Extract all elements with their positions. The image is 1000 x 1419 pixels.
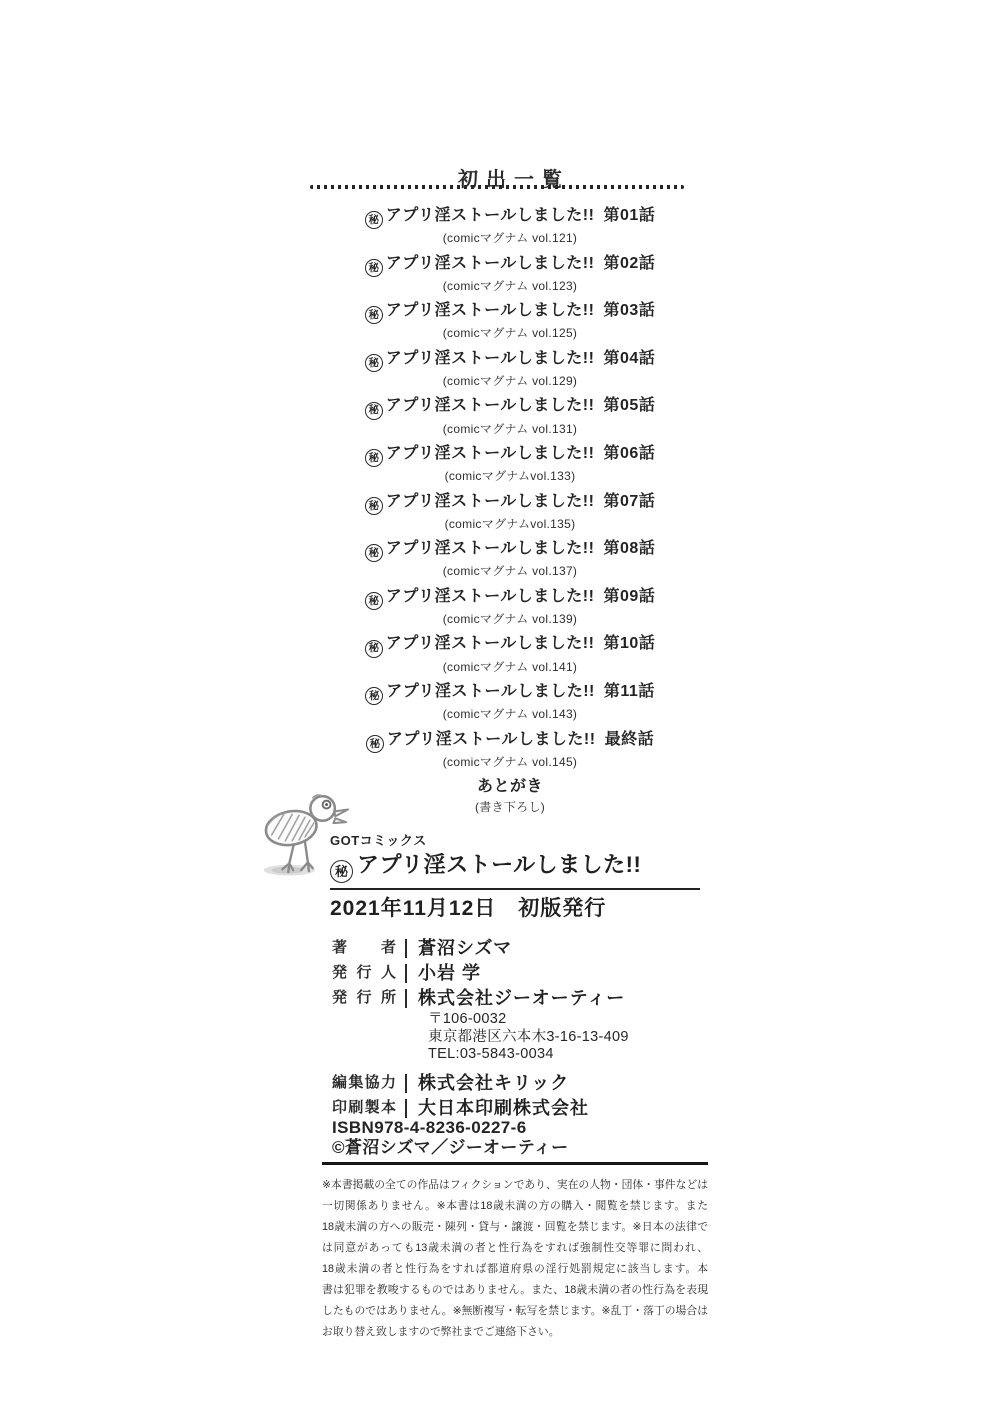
legal-line: 18歳未満の者と性行為をすれば都道府県の淫行処罰規定に該当します。本 [322,1259,708,1280]
legal-line: 18歳未満の方への販売・陳列・貸与・譲渡・回覧を禁じます。※日本の法律で [322,1217,708,1238]
chapter-list: 秘アプリ淫ストールしました!!第01話 (comicマグナム vol.121) … [10,205,1000,826]
chapter-title: 秘アプリ淫ストールしました!!第01話 [10,205,1000,229]
edition-date: 2021年11月12日 初版発行 [330,897,700,921]
chapter-source: (comicマグナム vol.125) [10,325,1000,341]
list-item: 秘アプリ淫ストールしました!!第07話 (comicマグナムvol.135) [10,491,1000,539]
legal-divider [322,1162,708,1165]
chapter-title: 秘アプリ淫ストールしました!!第06話 [10,443,1000,467]
legal-line: ※本書掲載の全ての作品はフィクションであり、実在の人物・団体・事件などは [322,1175,708,1196]
chapter-title: 秘アプリ淫ストールしました!!最終話 [10,729,1000,753]
chapter-episode: 第03話 [603,302,655,319]
table-row: 編集協力 株式会社キリック [332,1073,629,1093]
secret-mark-icon: 秘 [365,687,383,705]
phone-line: TEL:03-5843-0034 [428,1046,629,1064]
chapter-episode: 最終話 [605,731,655,748]
chapter-title: 秘アプリ淫ストールしました!!第04話 [10,348,1000,372]
credit-value: 株式会社ジーオーティー [418,988,629,1008]
afterword-item: あとがき (書き下ろし) [10,776,1000,826]
book-title: 秘アプリ淫ストールしました!! [330,852,700,883]
table-row: 印刷製本 大日本印刷株式会社 [332,1098,629,1118]
colophon-page: 初出一覧 秘アプリ淫ストールしました!!第01話 (comicマグナム vol.… [0,0,1000,1419]
chapter-source: (comicマグナム vol.143) [10,706,1000,722]
chapter-source: (comicマグナム vol.129) [10,373,1000,389]
secret-mark-icon: 秘 [365,497,383,515]
chapter-title: 秘アプリ淫ストールしました!!第05話 [10,395,1000,419]
credit-value: 株式会社キリック [418,1073,569,1093]
column-divider [405,1099,407,1118]
chapter-episode: 第04話 [603,350,655,367]
address-line: 東京都港区六本木3-16-13-409 [428,1029,629,1047]
copyright-line: ©蒼沼シズマ／ジーオーティー [332,1138,569,1158]
chapter-episode: 第06話 [603,445,655,462]
credit-value: 小岩 学 [418,963,481,983]
credit-label: 発行所 [332,988,396,1008]
chapter-title: 秘アプリ淫ストールしました!!第10話 [10,633,1000,657]
table-row: 著者 蒼沼シズマ [332,938,629,958]
secret-mark-icon: 秘 [365,211,383,229]
column-divider [405,939,407,958]
afterword-title: あとがき [10,776,1000,798]
chapter-source: (comicマグナム vol.131) [10,421,1000,437]
chapter-episode: 第10話 [603,635,655,652]
list-item: 秘アプリ淫ストールしました!!第04話 (comicマグナム vol.129) [10,348,1000,396]
credit-label: 印刷製本 [332,1098,396,1118]
chapter-source: (comicマグナム vol.137) [10,563,1000,579]
chapter-title: 秘アプリ淫ストールしました!!第07話 [10,491,1000,515]
secret-mark-icon: 秘 [365,306,383,324]
secret-mark-icon: 秘 [366,735,384,753]
postal-code: 〒106-0032 [428,1011,629,1029]
list-item: 秘アプリ淫ストールしました!!第03話 (comicマグナム vol.125) [10,300,1000,348]
credit-value: 大日本印刷株式会社 [418,1098,589,1118]
list-item: 秘アプリ淫ストールしました!!最終話 (comicマグナム vol.145) [10,729,1000,777]
chapter-title: 秘アプリ淫ストールしました!!第02話 [10,253,1000,277]
chapter-episode: 第01話 [603,207,655,224]
chapter-source: (comicマグナムvol.133) [10,468,1000,484]
secret-mark-icon: 秘 [365,259,383,277]
column-divider [405,964,407,983]
secret-mark-icon: 秘 [330,860,353,883]
credit-label: 編集協力 [332,1073,396,1093]
chapter-source: (comicマグナム vol.123) [10,278,1000,294]
list-item: 秘アプリ淫ストールしました!!第05話 (comicマグナム vol.131) [10,395,1000,443]
legal-line: 一切関係ありません。※本書は18歳未満の方の購入・閲覧を禁じます。また [322,1196,708,1217]
afterword-note: (書き下ろし) [10,799,1000,815]
chapter-episode: 第09話 [603,588,655,605]
list-item: 秘アプリ淫ストールしました!!第09話 (comicマグナム vol.139) [10,586,1000,634]
chapter-source: (comicマグナム vol.121) [10,230,1000,246]
credit-label: 発行人 [332,963,396,983]
imprint-block: GOTコミックス 秘アプリ淫ストールしました!! 2021年11月12日 初版発… [330,833,700,921]
chapter-source: (comicマグナム vol.141) [10,659,1000,675]
list-item: 秘アプリ淫ストールしました!!第08話 (comicマグナム vol.137) [10,538,1000,586]
table-row: 発行人 小岩 学 [332,963,629,983]
chapter-episode: 第05話 [603,397,655,414]
chapter-source: (comicマグナム vol.145) [10,754,1000,770]
chapter-episode: 第07話 [603,493,655,510]
chapter-episode: 第02話 [603,255,655,272]
list-item: 秘アプリ淫ストールしました!!第01話 (comicマグナム vol.121) [10,205,1000,253]
credit-value: 蒼沼シズマ [418,938,512,958]
legal-line: お取り替え致しますので弊社までご連絡下さい。 [322,1322,708,1343]
series-label: GOTコミックス [330,833,700,849]
dotted-divider [310,185,684,189]
isbn-block: ISBN978-4-8236-0227-6 ©蒼沼シズマ／ジーオーティー [332,1118,569,1157]
chapter-title: 秘アプリ淫ストールしました!!第03話 [10,300,1000,324]
table-row: 発行所 株式会社ジーオーティー 〒106-0032 東京都港区六本木3-16-1… [332,988,629,1068]
list-item: 秘アプリ淫ストールしました!!第06話 (comicマグナムvol.133) [10,443,1000,491]
list-item: 秘アプリ淫ストールしました!!第11話 (comicマグナム vol.143) [10,681,1000,729]
secret-mark-icon: 秘 [365,449,383,467]
chapter-episode: 第08話 [603,540,655,557]
secret-mark-icon: 秘 [365,592,383,610]
chapter-title: 秘アプリ淫ストールしました!!第11話 [10,681,1000,705]
legal-line: 書は犯罪を教唆するものではありません。また、18歳未満の者の性行為を表現 [322,1280,708,1301]
legal-notice: ※本書掲載の全ての作品はフィクションであり、実在の人物・団体・事件などは 一切関… [322,1175,708,1343]
secret-mark-icon: 秘 [365,544,383,562]
legal-line: したものではありません。※無断複写・転写を禁じます。※乱丁・落丁の場合は [322,1301,708,1322]
secret-mark-icon: 秘 [365,640,383,658]
isbn-number: ISBN978-4-8236-0227-6 [332,1118,569,1138]
chapter-title: 秘アプリ淫ストールしました!!第08話 [10,538,1000,562]
chapter-source: (comicマグナムvol.135) [10,516,1000,532]
chapter-title: 秘アプリ淫ストールしました!!第09話 [10,586,1000,610]
legal-line: は同意があっても13歳未満の者と性行為をすれば強制性交等罪に問われ、 [322,1238,708,1259]
secret-mark-icon: 秘 [365,354,383,372]
chapter-source: (comicマグナム vol.139) [10,611,1000,627]
list-item: 秘アプリ淫ストールしました!!第10話 (comicマグナム vol.141) [10,633,1000,681]
secret-mark-icon: 秘 [365,402,383,420]
column-divider [405,989,407,1008]
list-item: 秘アプリ淫ストールしました!!第02話 (comicマグナム vol.123) [10,253,1000,301]
column-divider [405,1074,407,1093]
publisher-address: 〒106-0032 東京都港区六本木3-16-13-409 TEL:03-584… [418,1011,629,1064]
credit-label: 著者 [332,938,396,958]
title-underline [330,888,700,891]
chapter-episode: 第11話 [604,683,655,700]
credits-table: 著者 蒼沼シズマ 発行人 小岩 学 発行所 株式会社ジーオーティー 〒106-0… [332,938,629,1123]
